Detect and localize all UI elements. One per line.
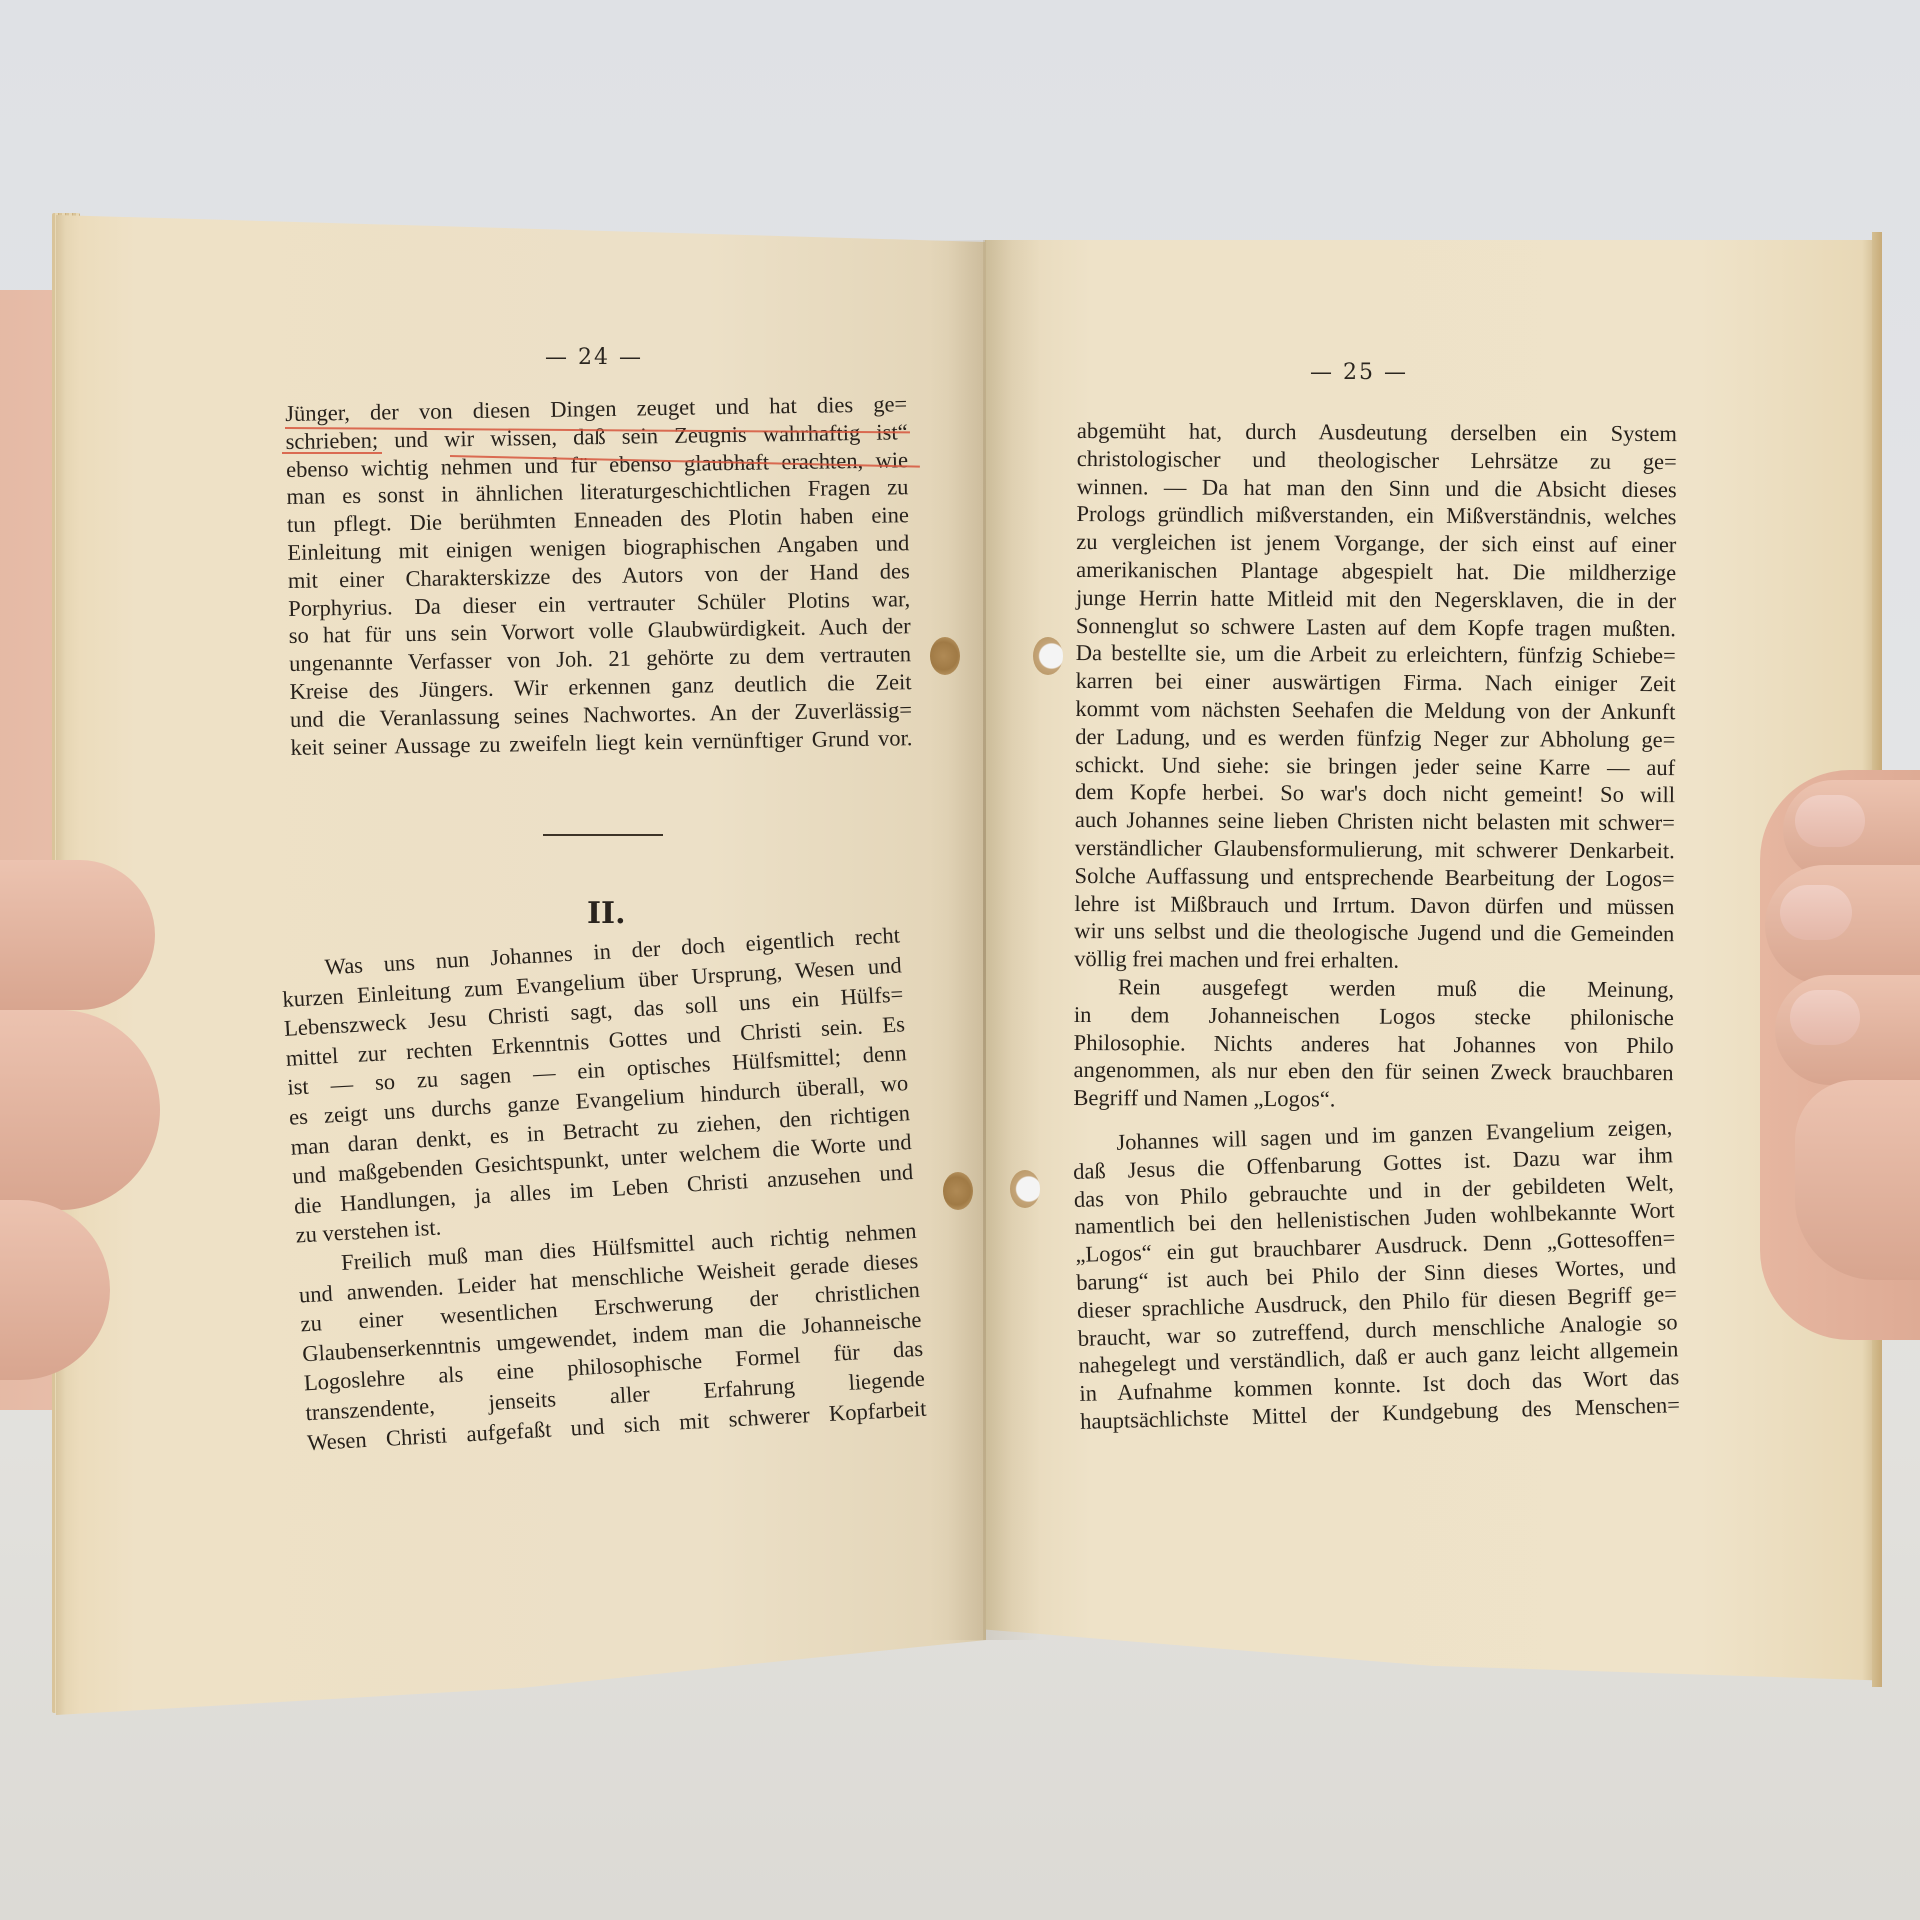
right-page-text-top: abgemüht hat, durch Ausdeutung derselben… [1073,417,1677,1115]
text-line: karren bei einer auswärtigen Firma. Nach… [1076,667,1676,698]
text-line: Sonnenglut so schwere Lasten auf dem Kop… [1076,612,1676,643]
text-line: dem Kopfe herbei. So war's doch nicht ge… [1075,778,1675,809]
text-line: kommt vom nächsten Seehafen die Meldung … [1075,695,1675,726]
page-number-left: — 24 — [545,345,643,370]
text-line: wir uns selbst und die theologische Juge… [1074,917,1674,948]
left-thumb [0,860,155,1010]
text-line: Da bestellte sie, um die Arbeit zu erlei… [1076,639,1676,670]
text-line: lehre ist Mißbrauch und Irrtum. Davon dü… [1074,890,1674,921]
text-line: Rein ausgefegt werden muß die Meinung, [1074,973,1674,1004]
text-line: Solche Auffassung und entsprechende Bear… [1075,862,1675,893]
fingernail [1790,990,1860,1045]
photo-scene: — 24 — Jünger, der von diesen Dingen zeu… [0,0,1920,1920]
text-line: junge Herrin hatte Mitleid mit den Neger… [1076,584,1676,615]
text-line: völlig frei machen und frei erhalten. [1074,945,1674,976]
left-page-text-top: Jünger, der von diesen Dingen zeuget und… [285,390,913,761]
binding-hole-icon [1010,1170,1040,1208]
text-line: christologischer und theologischer Lehrs… [1077,445,1677,476]
page-number-right: — 25 — [1310,360,1408,385]
binding-hole-icon [930,637,960,675]
text-line: schickt. Und siehe: sie bringen jeder se… [1075,751,1675,782]
fingernail [1795,795,1865,847]
section-divider [543,834,663,836]
text-line: auch Johannes seine lieben Christen nich… [1075,806,1675,837]
text-line: winnen. — Da hat man den Sinn und die Ab… [1077,473,1677,504]
text-line: zu vergleichen ist jenem Vorgange, der s… [1076,528,1676,559]
left-page-text-bottom: Was uns nun Johannes in der doch eigentl… [280,920,927,1457]
binding-hole-icon [943,1172,973,1210]
text-line: Begriff und Namen „Logos“. [1073,1084,1673,1115]
text-line: Prologs gründlich mißverstanden, ein Miß… [1076,500,1676,531]
text-line: angenommen, als nur eben den für seinen … [1074,1056,1674,1087]
text-line: abgemüht hat, durch Ausdeutung derselben… [1077,417,1677,448]
text-line: Philosophie. Nichts anderes hat Johannes… [1074,1029,1674,1060]
fingernail [1780,885,1852,940]
spine-binding-thread [983,240,986,1640]
red-underline [282,452,382,454]
text-line: der Ladung, und es werden fünfzig Neger … [1075,723,1675,754]
binding-hole-icon [1033,637,1063,675]
right-finger [1795,1080,1920,1280]
text-line: in dem Johanneischen Logos stecke philon… [1074,1001,1674,1032]
section-heading: II. [587,896,626,931]
text-line: amerikanischen Plantage abgespielt hat. … [1076,556,1676,587]
right-page-text-bottom: Johannes will sagen und im ganzen Evange… [1072,1113,1680,1435]
text-line: verständlicher Glaubensformulierung, mit… [1075,834,1675,865]
